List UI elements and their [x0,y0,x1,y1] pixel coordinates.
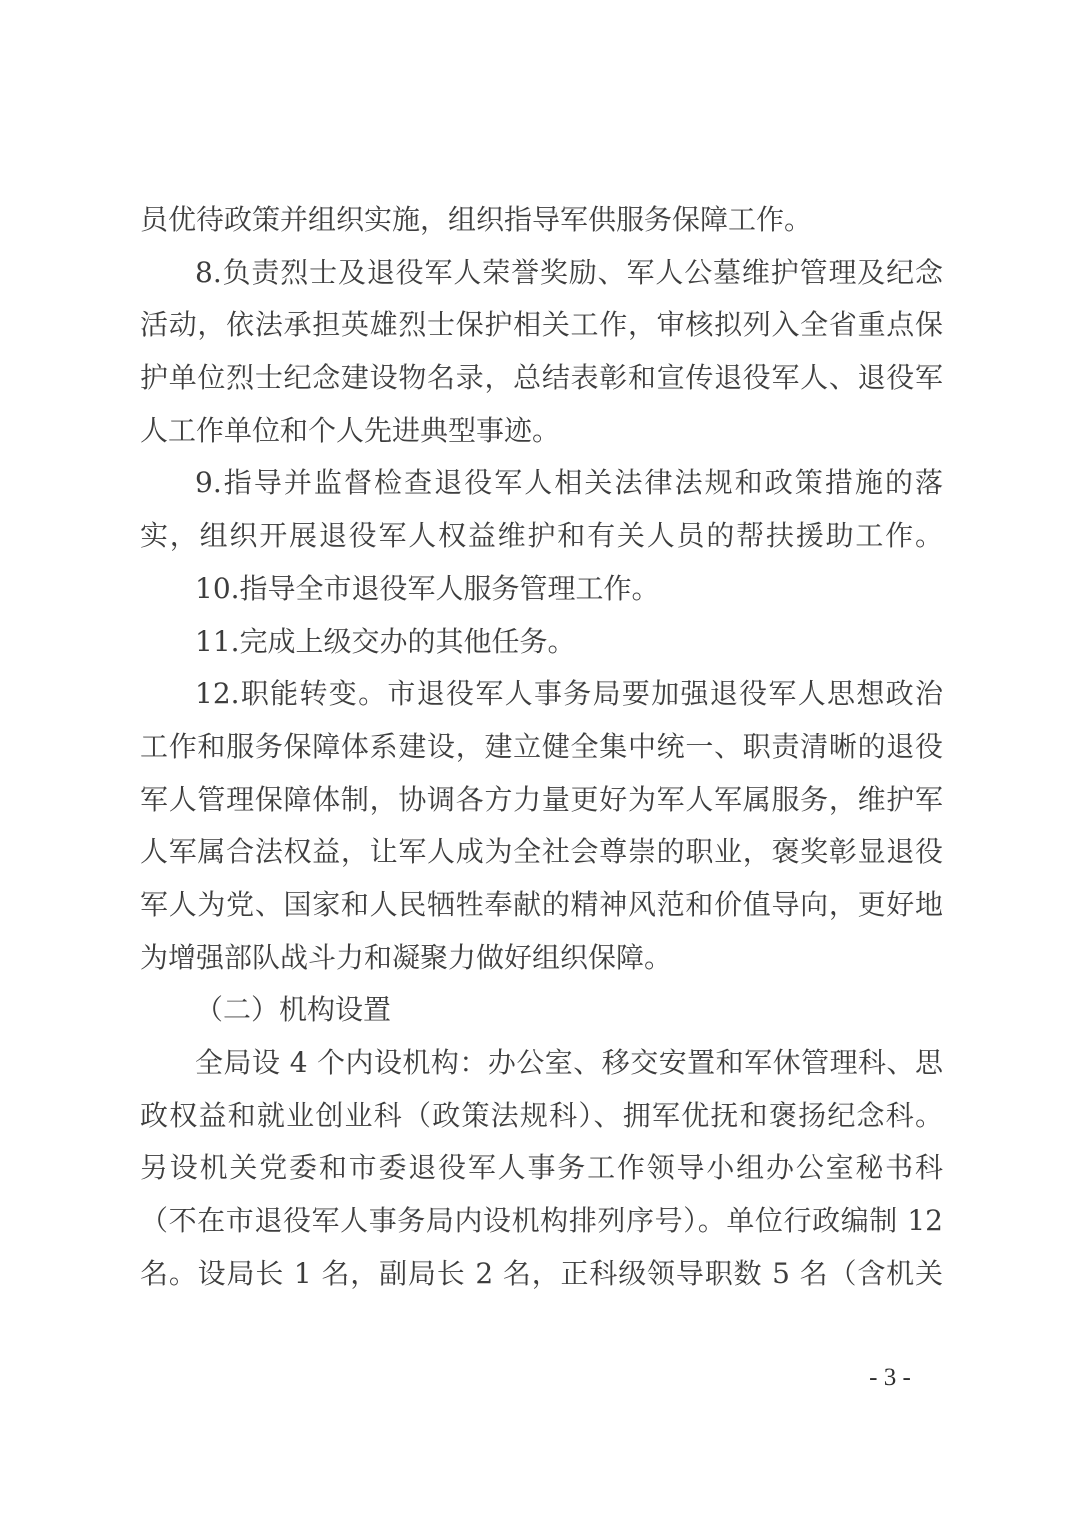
section-heading: （二）机构设置 [140,984,943,1037]
text-line: 实，组织开展退役军人权益维护和有关人员的帮扶援助工作。 [140,510,943,563]
text-line: 护单位烈士纪念建设物名录，总结表彰和宣传退役军人、退役军 [140,352,943,405]
document-body: 员优待政策并组织实施，组织指导军供服务保障工作。 8.负责烈士及退役军人荣誉奖励… [140,194,943,1300]
text-line: 8.负责烈士及退役军人荣誉奖励、军人公墓维护管理及纪念 [140,247,943,300]
text-line: 另设机关党委和市委退役军人事务工作领导小组办公室秘书科 [140,1142,943,1195]
text-line: 全局设 4 个内设机构：办公室、移交安置和军休管理科、思 [140,1037,943,1090]
text-line: 军人为党、国家和人民牺牲奉献的精神风范和价值导向，更好地 [140,879,943,932]
text-line: 政权益和就业创业科（政策法规科）、拥军优抚和褒扬纪念科。 [140,1090,943,1143]
text-line: 员优待政策并组织实施，组织指导军供服务保障工作。 [140,194,943,247]
text-line: 人军属合法权益，让军人成为全社会尊崇的职业，褒奖彰显退役 [140,826,943,879]
text-line: 工作和服务保障体系建设，建立健全集中统一、职责清晰的退役 [140,721,943,774]
text-line: 活动，依法承担英雄烈士保护相关工作，审核拟列入全省重点保 [140,299,943,352]
document-page: 员优待政策并组织实施，组织指导军供服务保障工作。 8.负责烈士及退役军人荣誉奖励… [0,0,1074,1520]
text-line: 为增强部队战斗力和凝聚力做好组织保障。 [140,932,943,985]
text-line: 9.指导并监督检查退役军人相关法律法规和政策措施的落 [140,457,943,510]
text-line: 11.完成上级交办的其他任务。 [140,616,943,669]
text-line: 10.指导全市退役军人服务管理工作。 [140,563,943,616]
page-number: - 3 - [852,1363,928,1393]
text-line: 军人管理保障体制，协调各方力量更好为军人军属服务，维护军 [140,774,943,827]
text-line: 人工作单位和个人先进典型事迹。 [140,405,943,458]
text-line: （不在市退役军人事务局内设机构排列序号）。单位行政编制 12 [140,1195,943,1248]
text-line: 名。设局长 1 名，副局长 2 名，正科级领导职数 5 名（含机关党 [140,1248,943,1301]
text-line: 12.职能转变。市退役军人事务局要加强退役军人思想政治 [140,668,943,721]
